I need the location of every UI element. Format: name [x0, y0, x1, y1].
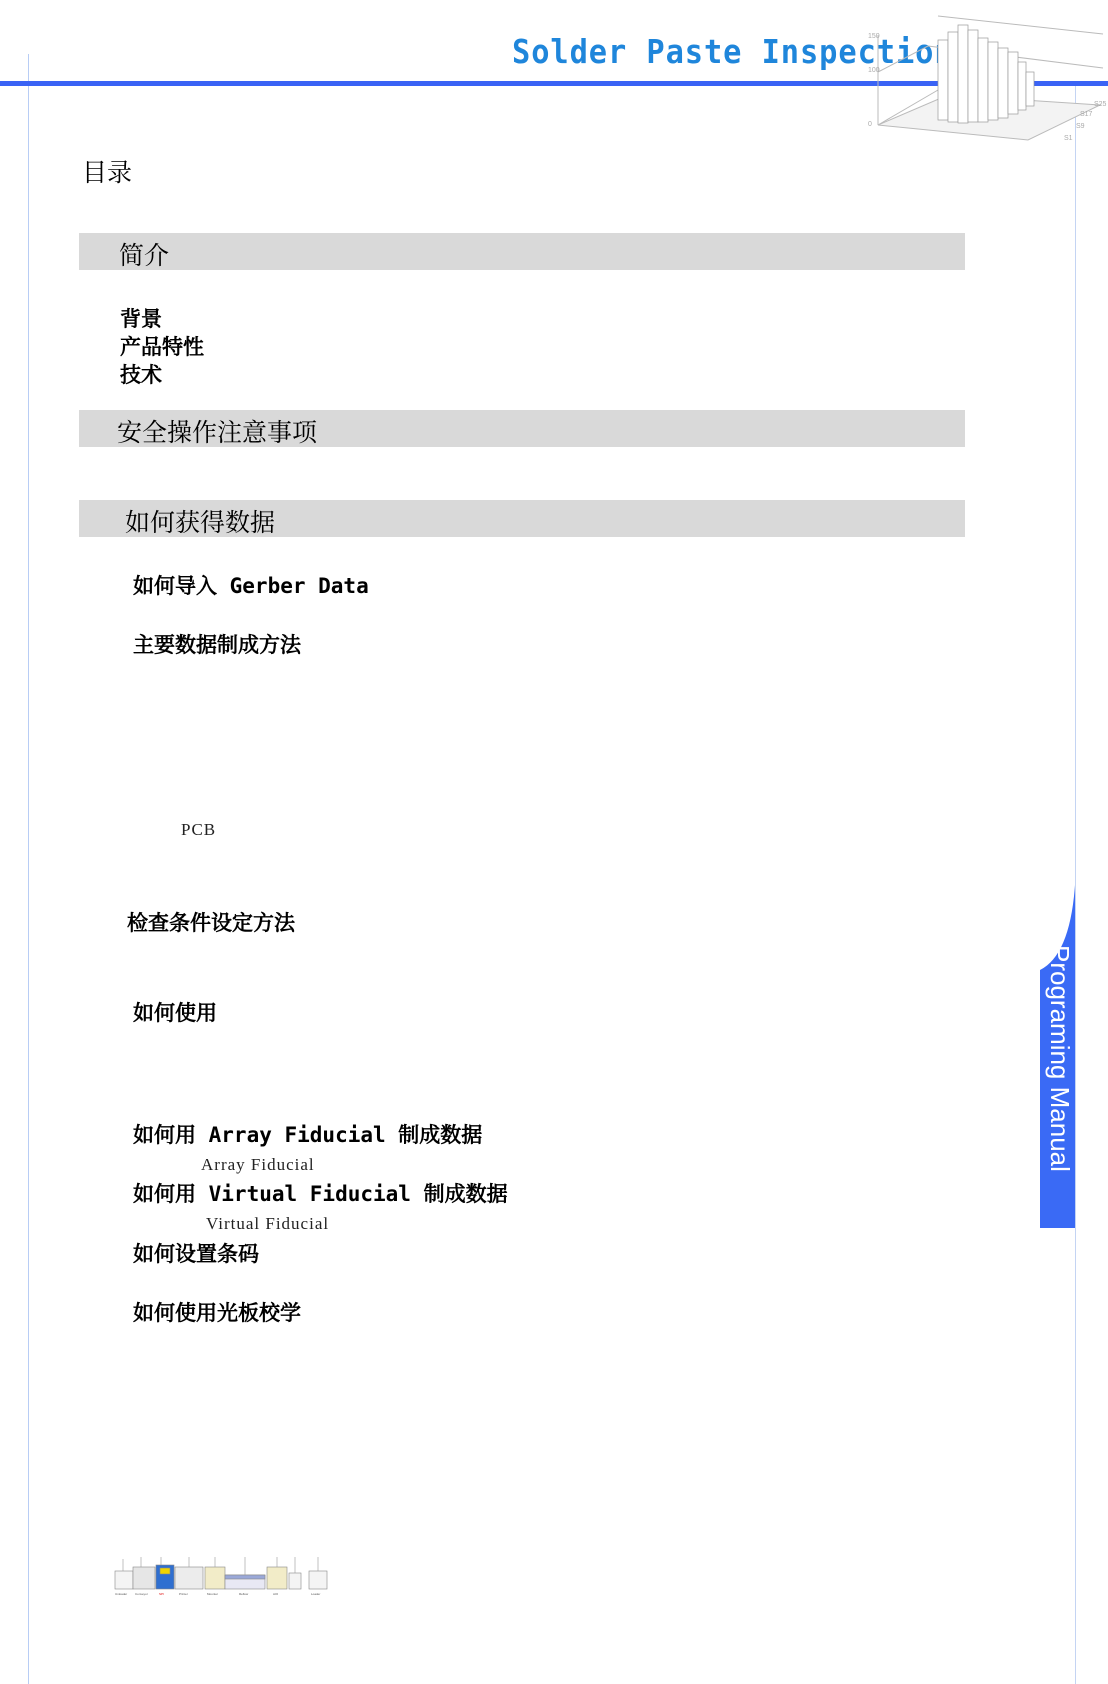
svg-text:Conveyor: Conveyor: [135, 1592, 148, 1596]
left-margin-line: [28, 54, 29, 1684]
svg-text:100: 100: [868, 67, 880, 74]
side-tab-label: Programing Manual: [1044, 945, 1075, 1172]
toc-item[interactable]: 背景: [120, 303, 162, 333]
toc-item-barcode[interactable]: 如何设置条码: [133, 1238, 259, 1268]
section-heading: 安全操作注意事项: [117, 413, 317, 449]
toc-title: 目录: [82, 153, 132, 189]
section-heading: 简介: [119, 236, 169, 272]
section-bar-intro: 简介: [79, 233, 965, 270]
section-bar-data: 如何获得数据: [79, 500, 965, 537]
svg-text:S1: S1: [1064, 135, 1073, 142]
side-tab-programing-manual: Programing Manual: [1040, 885, 1075, 1228]
svg-text:Loader: Loader: [311, 1592, 320, 1596]
toc-item-array-fiducial[interactable]: 如何用 Array Fiducial 制成数据: [133, 1119, 482, 1149]
svg-text:AOI: AOI: [273, 1592, 278, 1596]
section-bar-safety: 安全操作注意事项: [79, 410, 965, 447]
svg-text:150: 150: [868, 33, 880, 40]
svg-text:0: 0: [868, 121, 872, 128]
toc-item-gerber[interactable]: 如何导入 Gerber Data: [133, 570, 369, 600]
svg-text:Reflow: Reflow: [239, 1592, 249, 1596]
production-line-illustration-icon: Unloader Conveyor SPI Printer Mounter Re…: [113, 1553, 341, 1599]
toc-item-virtual-fiducial[interactable]: 如何用 Virtual Fiducial 制成数据: [133, 1178, 508, 1208]
svg-text:Printer: Printer: [179, 1592, 188, 1596]
toc-item[interactable]: 技术: [120, 359, 162, 389]
right-margin-line: [1075, 82, 1076, 1684]
toc-item-bare-board-calibration[interactable]: 如何使用光板校学: [133, 1297, 301, 1327]
svg-text:S25: S25: [1094, 101, 1107, 108]
section-heading: 如何获得数据: [125, 503, 275, 539]
svg-text:SPI: SPI: [159, 1592, 164, 1596]
svg-text:S17: S17: [1080, 111, 1093, 118]
svg-text:S9: S9: [1076, 123, 1085, 130]
toc-subitem-pcb: PCB: [181, 820, 216, 840]
toc-item-how-to-use[interactable]: 如何使用: [133, 997, 217, 1027]
3d-chart-graphic-icon: 150 100 0 S1 S9 S17 S25: [868, 10, 1108, 150]
toc-subitem-array-fiducial: Array Fiducial: [201, 1155, 315, 1175]
toc-subitem-virtual-fiducial: Virtual Fiducial: [206, 1214, 329, 1234]
toc-item[interactable]: 产品特性: [120, 331, 204, 361]
toc-item-main-data[interactable]: 主要数据制成方法: [133, 629, 301, 659]
toc-item-inspection-conditions[interactable]: 检查条件设定方法: [127, 907, 295, 937]
svg-text:Mounter: Mounter: [207, 1592, 218, 1596]
svg-text:Unloader: Unloader: [115, 1592, 127, 1596]
